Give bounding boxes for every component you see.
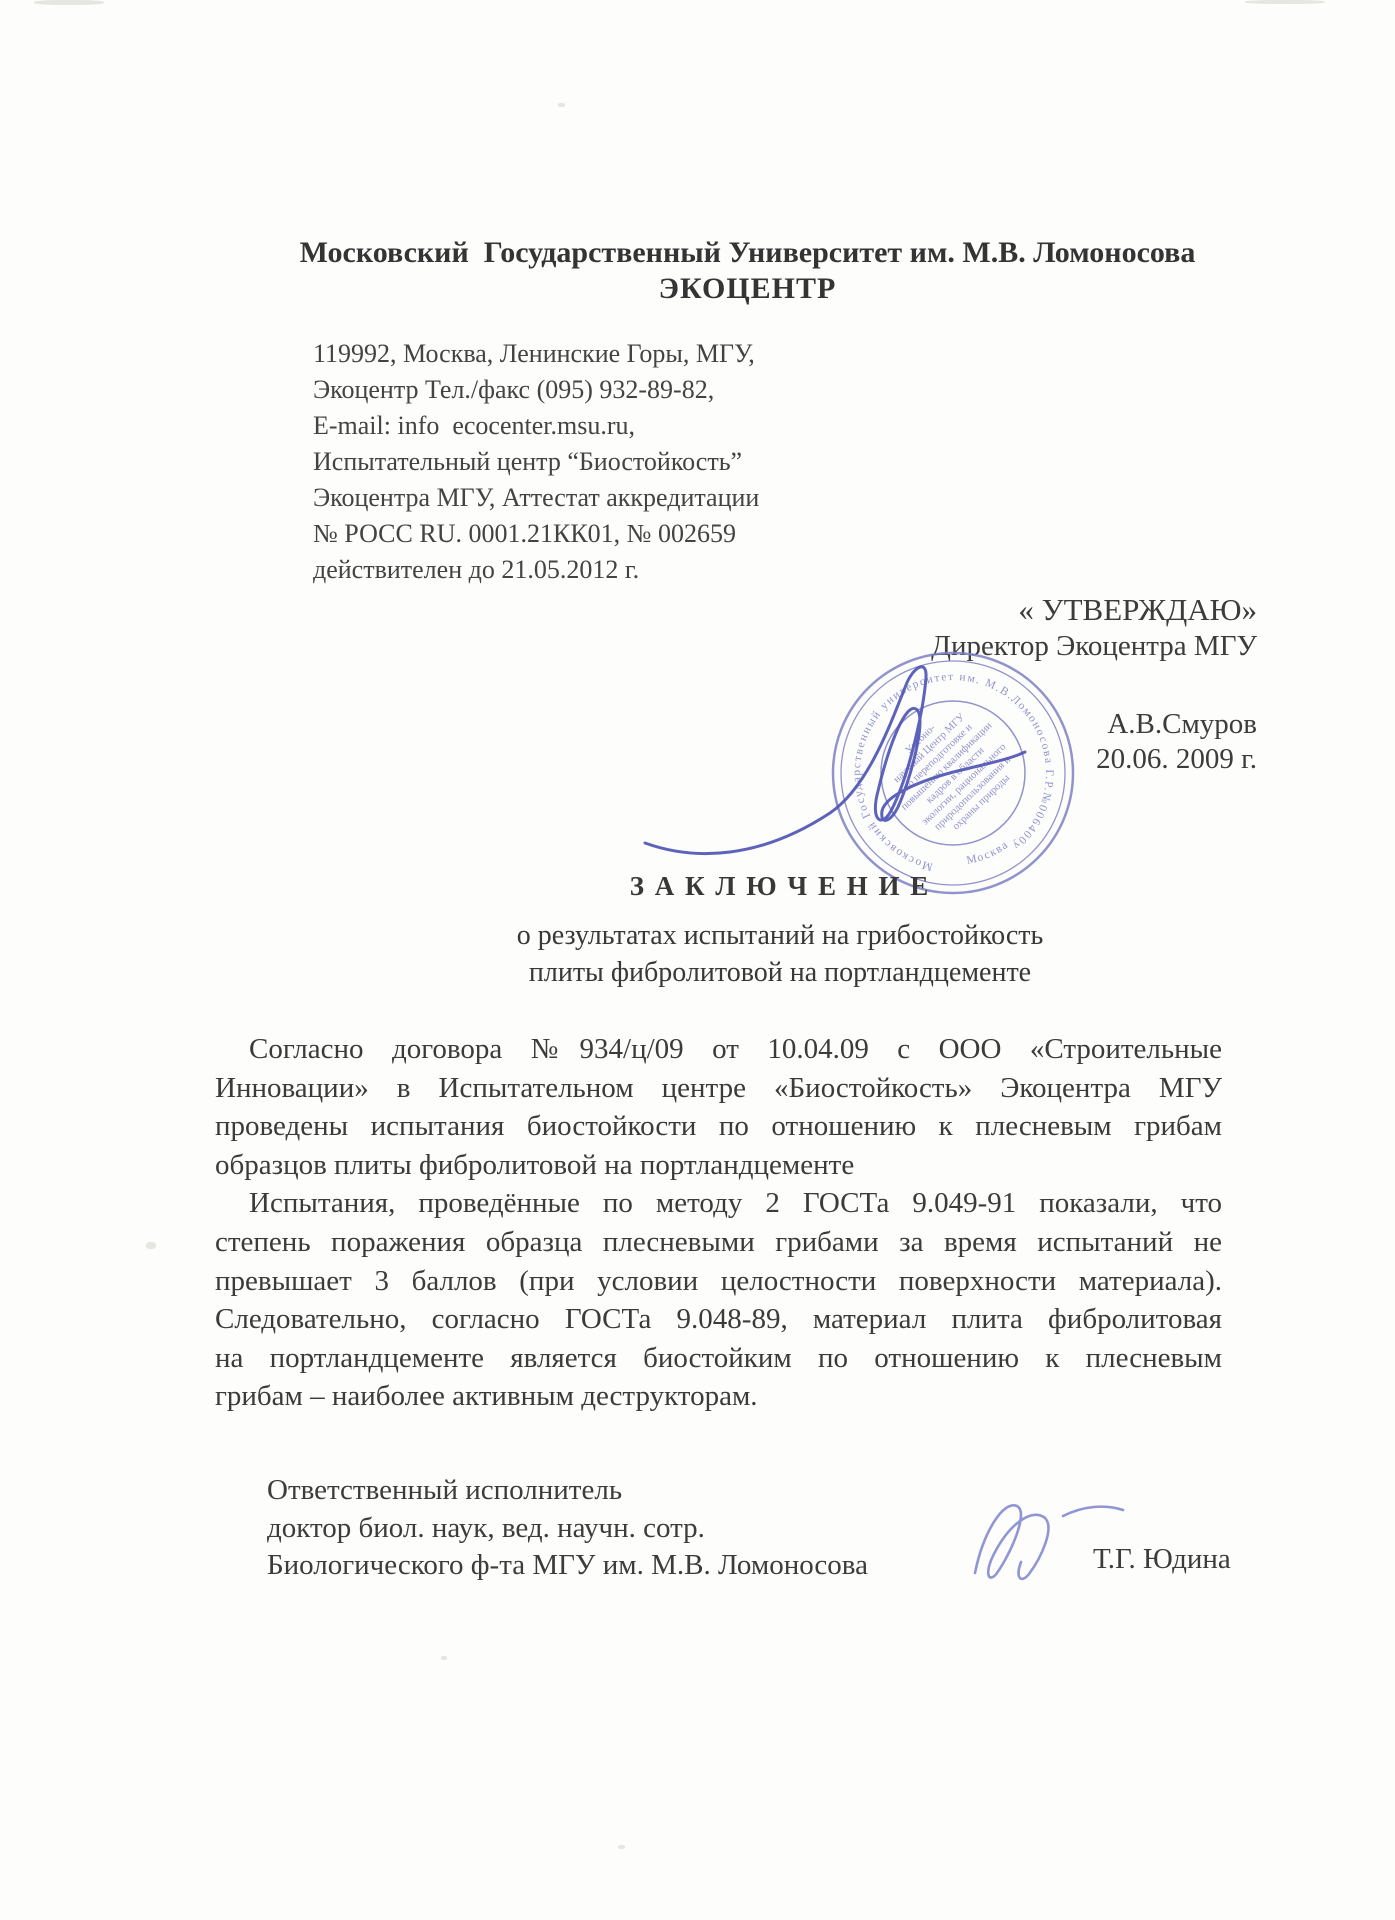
scan-artifact — [34, 0, 104, 5]
executor-signature-dash — [1063, 1507, 1123, 1516]
body-line: Согласно договора №934/ц/09 от 10.04.09 … — [215, 1030, 1222, 1069]
organization-title: Московский Государственный Университет и… — [100, 236, 1395, 270]
scan-artifact — [441, 1656, 447, 1660]
body-line: образцов плиты фибролитовой на портландц… — [215, 1146, 1222, 1185]
contact-line-phone: Экоцентр Тел./факс (095) 932-89-82, — [313, 372, 873, 408]
scan-artifact — [618, 1845, 625, 1849]
contact-block: 119992, Москва, Ленинские Горы, МГУ, Эко… — [313, 336, 873, 588]
body-line: Следовательно, согласно ГОСТа 9.048-89, … — [215, 1300, 1222, 1339]
document-subtitle-2: плиты фибролитовой на портландцементе — [180, 954, 1380, 991]
document-title: З А К Л Ю Ч Е Н И Е — [180, 864, 1380, 908]
organization-subtitle: ЭКОЦЕНТР — [100, 272, 1395, 306]
signoff-faculty: Биологического ф-та МГУ им. М.В. Ломонос… — [267, 1547, 1027, 1585]
body-line: Испытания, проведённые по методу 2 ГОСТа… — [215, 1184, 1222, 1223]
scanned-document-page: Московский Государственный Университет и… — [0, 0, 1395, 1920]
document-subtitle-1: о результатах испытаний на грибостойкост… — [180, 917, 1380, 954]
body-line: грибам – наиболее активным деструкторам. — [215, 1377, 1222, 1416]
body-text: Согласно договора №934/ц/09 от 10.04.09 … — [215, 1030, 1222, 1416]
body-line: проведены испытания биостойкости по отно… — [215, 1107, 1222, 1146]
body-line: степень поражения образца плесневыми гри… — [215, 1223, 1222, 1262]
scan-artifact — [1245, 0, 1325, 4]
contact-line-center: Испытательный центр “Биостойкость” — [313, 444, 873, 480]
signoff-block: Ответственный исполнитель доктор биол. н… — [267, 1472, 1027, 1585]
contact-line-email: E-mail: info ecocenter.msu.ru, — [313, 408, 873, 444]
body-line: Инновации» в Испытательном центре «Биост… — [215, 1069, 1222, 1108]
contact-line-cert-number: № РОСС RU. 0001.21КК01, № 002659 — [313, 516, 873, 552]
contact-line-address: 119992, Москва, Ленинские Горы, МГУ, — [313, 336, 873, 372]
signoff-role: Ответственный исполнитель — [267, 1472, 1027, 1510]
director-signature — [610, 645, 1090, 875]
executor-name: Т.Г. Юдина — [1093, 1543, 1231, 1576]
body-line: на портландцементе является биостойким п… — [215, 1339, 1222, 1378]
approval-word: « УТВЕРЖДАЮ» — [837, 591, 1257, 628]
signoff-degree: доктор биол. наук, вед. научн. сотр. — [267, 1510, 1027, 1548]
director-signature-stroke — [645, 667, 1025, 854]
scan-artifact — [146, 1242, 156, 1249]
scan-artifact — [558, 103, 565, 107]
contact-line-valid-until: действителен до 21.05.2012 г. — [313, 552, 873, 588]
body-line: превышает 3 баллов (при условии целостно… — [215, 1262, 1222, 1301]
conclusion-title-block: З А К Л Ю Ч Е Н И Е о результатах испыта… — [180, 864, 1380, 991]
executor-signature-stroke — [975, 1505, 1048, 1579]
contact-line-accreditation: Экоцентра МГУ, Аттестат аккредитации — [313, 480, 873, 516]
